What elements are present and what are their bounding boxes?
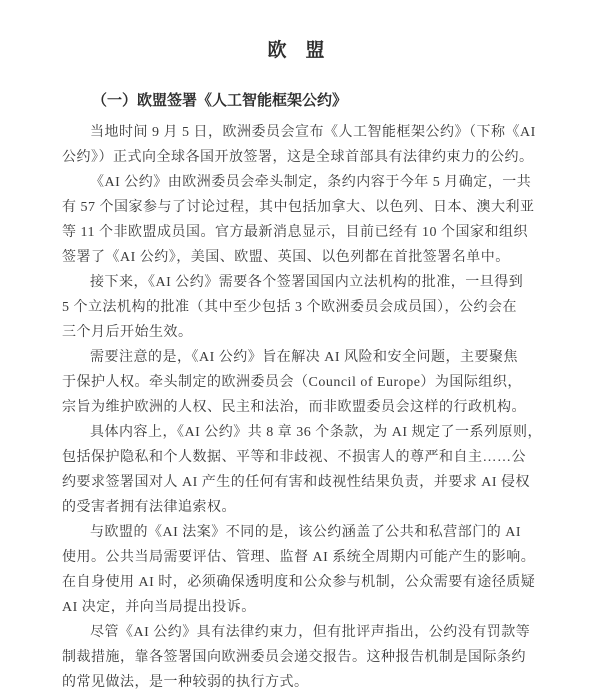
document-title: 欧 盟 [62,40,530,62]
text-line: 与欧盟的《AI 法案》不同的是，该公约涵盖了公共和私营部门的 AI [62,520,530,545]
text-line: 在自身使用 AI 时，必须确保透明度和公众参与机制，公众需要有途径质疑 [62,570,530,595]
text-line: 需要注意的是，《AI 公约》旨在解决 AI 风险和安全问题，主要聚焦 [62,345,530,370]
text-line: 《AI 公约》由欧洲委员会牵头制定，条约内容于今年 5 月确定，一共 [62,170,530,195]
document-page: 欧 盟 （一）欧盟签署《人工智能框架公约》 当地时间 9 月 5 日，欧洲委员会… [0,0,593,700]
text-line: 的常见做法，是一种较弱的执行方式。 [62,670,530,695]
paragraph: 具体内容上，《AI 公约》共 8 章 36 个条款，为 AI 规定了一系列原则，… [62,420,530,520]
text-line: 具体内容上，《AI 公约》共 8 章 36 个条款，为 AI 规定了一系列原则， [62,420,530,445]
text-line: 三个月后开始生效。 [62,320,530,345]
text-line: 公约》）正式向全球各国开放签署，这是全球首部具有法律约束力的公约。 [62,145,530,170]
text-line: 于保护人权。牵头制定的欧洲委员会（Council of Europe）为国际组织… [62,370,530,395]
text-line: 5 个立法机构的批准（其中至少包括 3 个欧洲委员会成员国），公约会在 [62,295,530,320]
section-heading: （一）欧盟签署《人工智能框架公约》 [62,90,530,112]
document-body: 当地时间 9 月 5 日，欧洲委员会宣布《人工智能框架公约》（下称《AI公约》）… [62,120,530,695]
text-line: 使用。公共当局需要评估、管理、监督 AI 系统全周期内可能产生的影响。 [62,545,530,570]
text-line: 尽管《AI 公约》具有法律约束力，但有批评声指出，公约没有罚款等 [62,620,530,645]
text-line: 制裁措施，靠各签署国向欧洲委员会递交报告。这种报告机制是国际条约 [62,645,530,670]
text-line: 约要求签署国对人 AI 产生的任何有害和歧视性结果负责，并要求 AI 侵权 [62,470,530,495]
text-line: 当地时间 9 月 5 日，欧洲委员会宣布《人工智能框架公约》（下称《AI [62,120,530,145]
paragraph: 接下来，《AI 公约》需要各个签署国国内立法机构的批准，一旦得到5 个立法机构的… [62,270,530,345]
text-line: 等 11 个非欧盟成员国。官方最新消息显示，目前已经有 10 个国家和组织 [62,220,530,245]
paragraph: 当地时间 9 月 5 日，欧洲委员会宣布《人工智能框架公约》（下称《AI公约》）… [62,120,530,170]
text-line: 签署了《AI 公约》，美国、欧盟、英国、以色列都在首批签署名单中。 [62,245,530,270]
paragraph: 与欧盟的《AI 法案》不同的是，该公约涵盖了公共和私营部门的 AI使用。公共当局… [62,520,530,620]
text-line: 的受害者拥有法律追索权。 [62,495,530,520]
text-line: 包括保护隐私和个人数据、平等和非歧视、不损害人的尊严和自主……公 [62,445,530,470]
paragraph: 尽管《AI 公约》具有法律约束力，但有批评声指出，公约没有罚款等制裁措施，靠各签… [62,620,530,695]
text-line: 宗旨为维护欧洲的人权、民主和法治，而非欧盟委员会这样的行政机构。 [62,395,530,420]
paragraph: 需要注意的是，《AI 公约》旨在解决 AI 风险和安全问题，主要聚焦于保护人权。… [62,345,530,420]
paragraph: 《AI 公约》由欧洲委员会牵头制定，条约内容于今年 5 月确定，一共有 57 个… [62,170,530,270]
text-line: 接下来，《AI 公约》需要各个签署国国内立法机构的批准，一旦得到 [62,270,530,295]
text-line: 有 57 个国家参与了讨论过程，其中包括加拿大、以色列、日本、澳大利亚 [62,195,530,220]
text-line: AI 决定，并向当局提出投诉。 [62,595,530,620]
